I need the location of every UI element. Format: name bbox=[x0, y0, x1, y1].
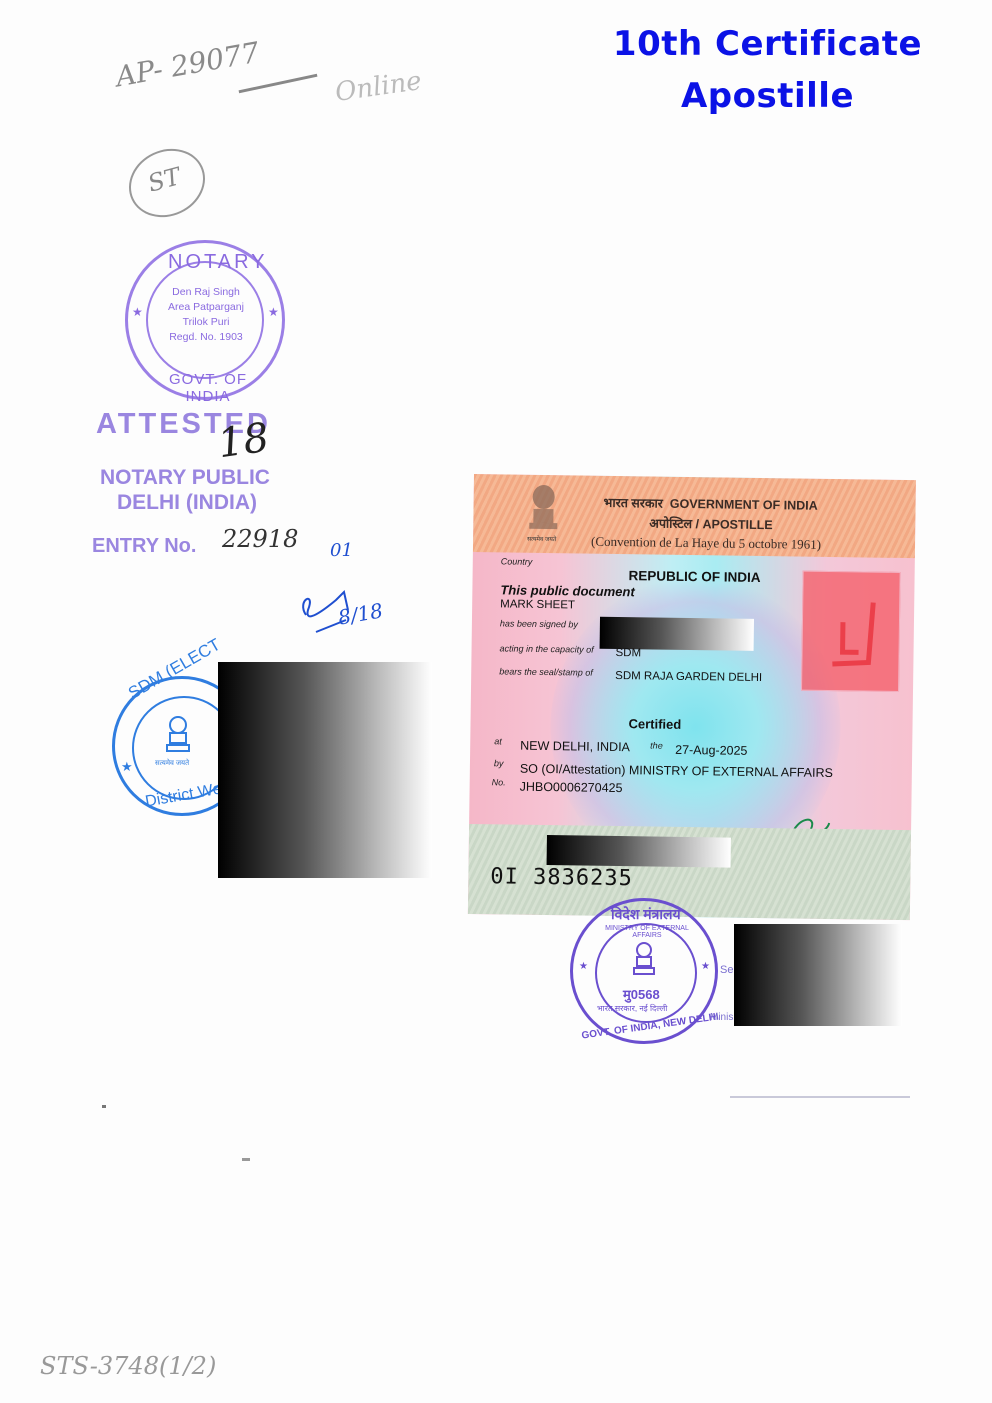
apostille-subtitle: अपोस्टिल / APOSTILLE bbox=[649, 514, 773, 533]
national-emblem-icon bbox=[525, 483, 562, 535]
title-line-2: Apostille bbox=[600, 70, 935, 122]
mea-side-text-1: Se bbox=[720, 964, 733, 976]
mea-stamp-hindi-bottom: भारत सरकार, नई दिल्ली bbox=[597, 1003, 667, 1014]
scan-mark bbox=[730, 1096, 910, 1098]
notary-stamp-bottom-text: GOVT. OF INDIA bbox=[148, 371, 268, 405]
title-line-1: 10th Certificate bbox=[600, 18, 935, 70]
country-label: Country bbox=[501, 556, 533, 566]
header-english: GOVERNMENT OF INDIA bbox=[670, 497, 818, 513]
handwritten-reference: STS-3748(1/2) bbox=[40, 1352, 216, 1380]
by-label: by bbox=[494, 758, 504, 768]
handwritten-ap-number: AP- 29077 bbox=[113, 36, 261, 94]
subtitle-english: / APOSTILLE bbox=[695, 517, 772, 532]
seal-thumbprint bbox=[801, 571, 901, 692]
no-label: No. bbox=[492, 777, 506, 787]
sdm-stamp-top-text: SDM (ELECT bbox=[125, 635, 224, 704]
capacity-value: SDM bbox=[615, 647, 641, 659]
apostille-header-line: भारत सरकार GOVERNMENT OF INDIA bbox=[603, 494, 817, 514]
mea-stamp-ring-text: MINISTRY OF EXTERNAL AFFAIRS bbox=[599, 925, 695, 939]
convention-text: (Convention de La Haye du 5 octobre 1961… bbox=[591, 534, 821, 553]
emblem-icon bbox=[631, 941, 657, 977]
sdm-stamp-motto: सत्यमेव जयते bbox=[155, 759, 189, 768]
notary-stamp-details: Den Raj Singh Area Patparganj Trilok Pur… bbox=[158, 285, 254, 345]
handwritten-entry-number: 22918 bbox=[222, 525, 298, 553]
emblem-icon bbox=[163, 715, 193, 757]
underline-stroke bbox=[239, 74, 318, 94]
date-value: 27-Aug-2025 bbox=[675, 743, 747, 758]
mea-stamp: विदेश मंत्रालय MINISTRY OF EXTERNAL AFFA… bbox=[570, 898, 718, 1044]
notary-stamp-top-text: NOTARY bbox=[168, 251, 248, 274]
seal-value: SDM RAJA GARDEN DELHI bbox=[615, 670, 762, 684]
capacity-label: acting in the capacity of bbox=[499, 643, 593, 654]
mea-stamp-top-hindi: विदेश मंत्रालय bbox=[611, 905, 681, 924]
scan-speck bbox=[102, 1105, 106, 1108]
attested-line-2: DELHI (INDIA) bbox=[117, 491, 257, 515]
handwritten-online: Online bbox=[333, 66, 423, 108]
subtitle-hindi: अपोस्टिल bbox=[649, 516, 692, 531]
apostille-certificate: सत्यमेव जयते भारत सरकार GOVERNMENT OF IN… bbox=[468, 474, 916, 920]
certified-label: Certified bbox=[628, 716, 681, 732]
seal-label: bears the seal/stamp of bbox=[499, 666, 593, 677]
star-icon: ★ bbox=[268, 305, 279, 319]
at-label: at bbox=[494, 736, 502, 746]
country-value: REPUBLIC OF INDIA bbox=[628, 568, 760, 585]
page-title: 10th Certificate Apostille bbox=[600, 18, 935, 122]
notary-stamp: NOTARY GOVT. OF INDIA ★ ★ Den Raj Singh … bbox=[125, 240, 285, 400]
redacted-signer bbox=[600, 617, 754, 651]
at-value: NEW DELHI, INDIA bbox=[520, 739, 630, 755]
redacted-region bbox=[218, 662, 432, 878]
no-value: JHBO0006270425 bbox=[520, 780, 623, 795]
handwritten-date-top: 01 bbox=[330, 540, 353, 561]
star-icon: ★ bbox=[579, 961, 588, 972]
mea-stamp-code: मु0568 bbox=[623, 985, 660, 1003]
redacted-seal bbox=[547, 835, 731, 868]
attested-line-1: NOTARY PUBLIC bbox=[100, 466, 270, 490]
apostille-header: सत्यमेव जयते भारत सरकार GOVERNMENT OF IN… bbox=[473, 474, 916, 558]
mea-side-text-2: Minis bbox=[710, 1012, 733, 1023]
signed-by-label: has been signed by bbox=[500, 618, 578, 629]
scan-speck bbox=[242, 1158, 250, 1161]
emblem-caption: सत्यमेव जयते bbox=[527, 535, 556, 543]
document-type: MARK SHEET bbox=[500, 598, 575, 611]
public-document-label: This public document bbox=[500, 582, 635, 599]
the-label: the bbox=[650, 740, 663, 750]
star-icon: ★ bbox=[701, 961, 710, 972]
serial-number: 0I 3836235 bbox=[490, 864, 633, 891]
redacted-officer bbox=[734, 924, 902, 1026]
star-icon: ★ bbox=[121, 759, 133, 775]
entry-label: ENTRY No. bbox=[92, 535, 196, 558]
star-icon: ★ bbox=[132, 305, 143, 319]
handwritten-initials: 18 bbox=[215, 415, 272, 468]
header-hindi: भारत सरकार bbox=[604, 496, 663, 511]
